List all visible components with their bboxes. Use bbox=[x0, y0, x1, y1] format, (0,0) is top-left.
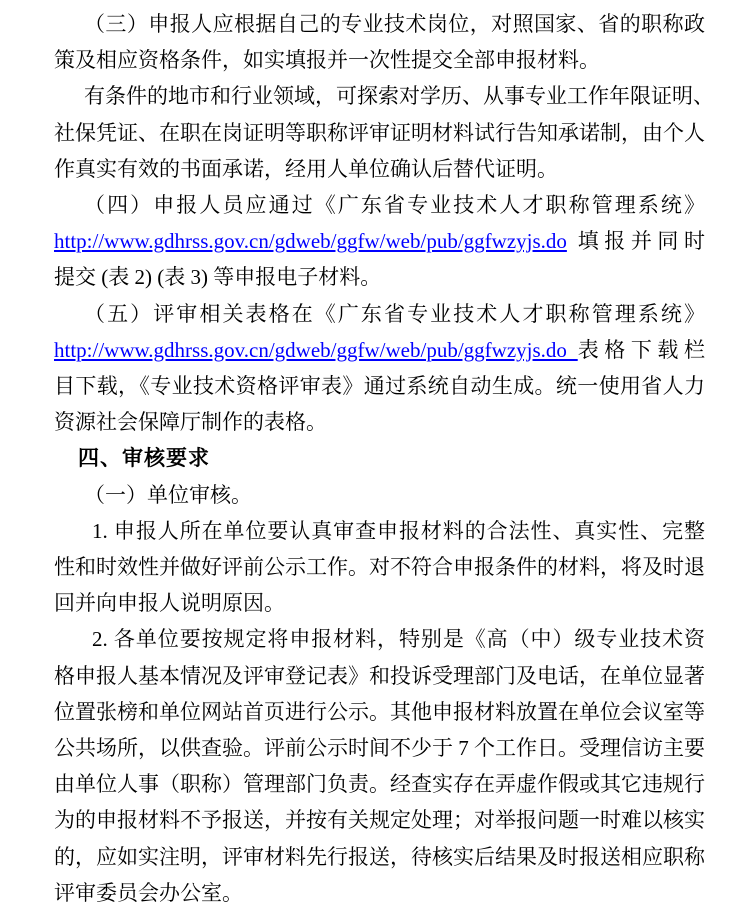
text-segment: （一）单位审核。 bbox=[84, 483, 252, 507]
document-line: http://www.gdhrss.gov.cn/gdweb/ggfw/web/… bbox=[54, 332, 705, 368]
document-line: 1. 申报人所在单位要认真审查申报材料的合法性、真实性、完整 bbox=[54, 513, 705, 549]
text-segment: 1. 申报人所在单位要认真审查申报材料的合法性、真实性、完整 bbox=[92, 519, 705, 543]
text-segment: 的，应如实注明，评审材料先行报送，待核实后结果及时报送相应职称 bbox=[54, 845, 705, 869]
text-segment: 四、审核要求 bbox=[78, 446, 210, 470]
document-line: 位置张榜和单位网站首页进行公示。其他申报材料放置在单位会议室等 bbox=[54, 694, 705, 730]
document-line: 回并向申报人说明原因。 bbox=[54, 585, 705, 621]
para-commitment-system: 有条件的地市和行业领域，可探索对学历、从事专业工作年限证明、社保凭证、在职在岗证… bbox=[54, 78, 705, 187]
text-segment: 资源社会保障厅制作的表格。 bbox=[54, 410, 327, 434]
document-line: 的，应如实注明，评审材料先行报送，待核实后结果及时报送相应职称 bbox=[54, 839, 705, 875]
para-sub-1: （一）单位审核。 bbox=[54, 477, 705, 513]
text-segment: 社保凭证、在职在岗证明等职称评审证明材料试行告知承诺制，由个人 bbox=[54, 121, 705, 145]
text-segment: （五）评审相关表格在《广东省专业技术人才职称管理系统》 bbox=[84, 302, 705, 326]
document-line: 为的申报材料不予报送，并按有关规定处理；对举报问题一时难以核实 bbox=[54, 802, 705, 838]
text-segment: 填报并同时 bbox=[567, 229, 705, 253]
document-line: 有条件的地市和行业领域，可探索对学历、从事专业工作年限证明、 bbox=[54, 78, 705, 114]
text-segment: 回并向申报人说明原因。 bbox=[54, 591, 285, 615]
document-line: 社保凭证、在职在岗证明等职称评审证明材料试行告知承诺制，由个人 bbox=[54, 115, 705, 151]
text-segment: 提交 (表 2) (表 3) 等申报电子材料。 bbox=[54, 265, 381, 289]
para-item-4: （四）申报人员应通过《广东省专业技术人才职称管理系统》http://www.gd… bbox=[54, 187, 705, 296]
document-line: 目下载，《专业技术资格评审表》通过系统自动生成。统一使用省人力 bbox=[54, 368, 705, 404]
gdhrss-url-link[interactable]: http://www.gdhrss.gov.cn/gdweb/ggfw/web/… bbox=[54, 229, 567, 253]
text-segment: 公共场所，以供查验。评前公示时间不少于 7 个工作日。受理信访主要 bbox=[54, 736, 705, 760]
document-line: 资源社会保障厅制作的表格。 bbox=[54, 404, 705, 440]
text-segment: 位置张榜和单位网站首页进行公示。其他申报材料放置在单位会议室等 bbox=[54, 700, 705, 724]
document-line: 提交 (表 2) (表 3) 等申报电子材料。 bbox=[54, 259, 705, 295]
document-line: 作真实有效的书面承诺，经用人单位确认后替代证明。 bbox=[54, 151, 705, 187]
gdhrss-url-link[interactable]: http://www.gdhrss.gov.cn/gdweb/ggfw/web/… bbox=[54, 338, 578, 362]
section-heading-line: 四、审核要求 bbox=[54, 440, 705, 476]
document-line: （三）申报人应根据自己的专业技术岗位，对照国家、省的职称政 bbox=[54, 6, 705, 42]
document-line: 2. 各单位要按规定将申报材料，特别是《高（中）级专业技术资 bbox=[54, 621, 705, 657]
text-segment: 有条件的地市和行业领域，可探索对学历、从事专业工作年限证明、 bbox=[84, 84, 705, 108]
document-line: http://www.gdhrss.gov.cn/gdweb/ggfw/web/… bbox=[54, 223, 705, 259]
text-segment: 策及相应资格条件，如实填报并一次性提交全部申报材料。 bbox=[54, 48, 600, 72]
para-item-3: （三）申报人应根据自己的专业技术岗位，对照国家、省的职称政策及相应资格条件，如实… bbox=[54, 6, 705, 78]
text-segment: 表格下载栏 bbox=[578, 338, 705, 362]
para-clause-1: 1. 申报人所在单位要认真审查申报材料的合法性、真实性、完整性和时效性并做好评前… bbox=[54, 513, 705, 622]
text-segment: 为的申报材料不予报送，并按有关规定处理；对举报问题一时难以核实 bbox=[54, 808, 705, 832]
document-line: （一）单位审核。 bbox=[54, 477, 705, 513]
document-line: 评审委员会办公室。 bbox=[54, 875, 705, 911]
document-line: 由单位人事（职称）管理部门负责。经查实存在弄虚作假或其它违规行 bbox=[54, 766, 705, 802]
text-segment: 2. 各单位要按规定将申报材料，特别是《高（中）级专业技术资 bbox=[92, 627, 705, 651]
text-segment: 格申报人基本情况及评审登记表》和投诉受理部门及电话，在单位显著 bbox=[54, 664, 705, 688]
text-segment: （三）申报人应根据自己的专业技术岗位，对照国家、省的职称政 bbox=[84, 12, 705, 36]
document-line: 公共场所，以供查验。评前公示时间不少于 7 个工作日。受理信访主要 bbox=[54, 730, 705, 766]
document-line: （四）申报人员应通过《广东省专业技术人才职称管理系统》 bbox=[54, 187, 705, 223]
text-segment: 由单位人事（职称）管理部门负责。经查实存在弄虚作假或其它违规行 bbox=[54, 772, 705, 796]
para-clause-2: 2. 各单位要按规定将申报材料，特别是《高（中）级专业技术资格申报人基本情况及评… bbox=[54, 621, 705, 911]
heading-section-4: 四、审核要求 bbox=[54, 440, 705, 476]
document-page: （三）申报人应根据自己的专业技术岗位，对照国家、省的职称政策及相应资格条件，如实… bbox=[0, 0, 755, 912]
text-segment: 性和时效性并做好评前公示工作。对不符合申报条件的材料，将及时退 bbox=[54, 555, 705, 579]
document-line: 格申报人基本情况及评审登记表》和投诉受理部门及电话，在单位显著 bbox=[54, 658, 705, 694]
document-line: 性和时效性并做好评前公示工作。对不符合申报条件的材料，将及时退 bbox=[54, 549, 705, 585]
text-segment: （四）申报人员应通过《广东省专业技术人才职称管理系统》 bbox=[84, 193, 705, 217]
para-item-5: （五）评审相关表格在《广东省专业技术人才职称管理系统》http://www.gd… bbox=[54, 296, 705, 441]
text-segment: 目下载，《专业技术资格评审表》通过系统自动生成。统一使用省人力 bbox=[54, 374, 705, 398]
text-segment: 评审委员会办公室。 bbox=[54, 881, 243, 905]
document-line: 策及相应资格条件，如实填报并一次性提交全部申报材料。 bbox=[54, 42, 705, 78]
text-segment: 作真实有效的书面承诺，经用人单位确认后替代证明。 bbox=[54, 157, 558, 181]
document-line: （五）评审相关表格在《广东省专业技术人才职称管理系统》 bbox=[54, 296, 705, 332]
